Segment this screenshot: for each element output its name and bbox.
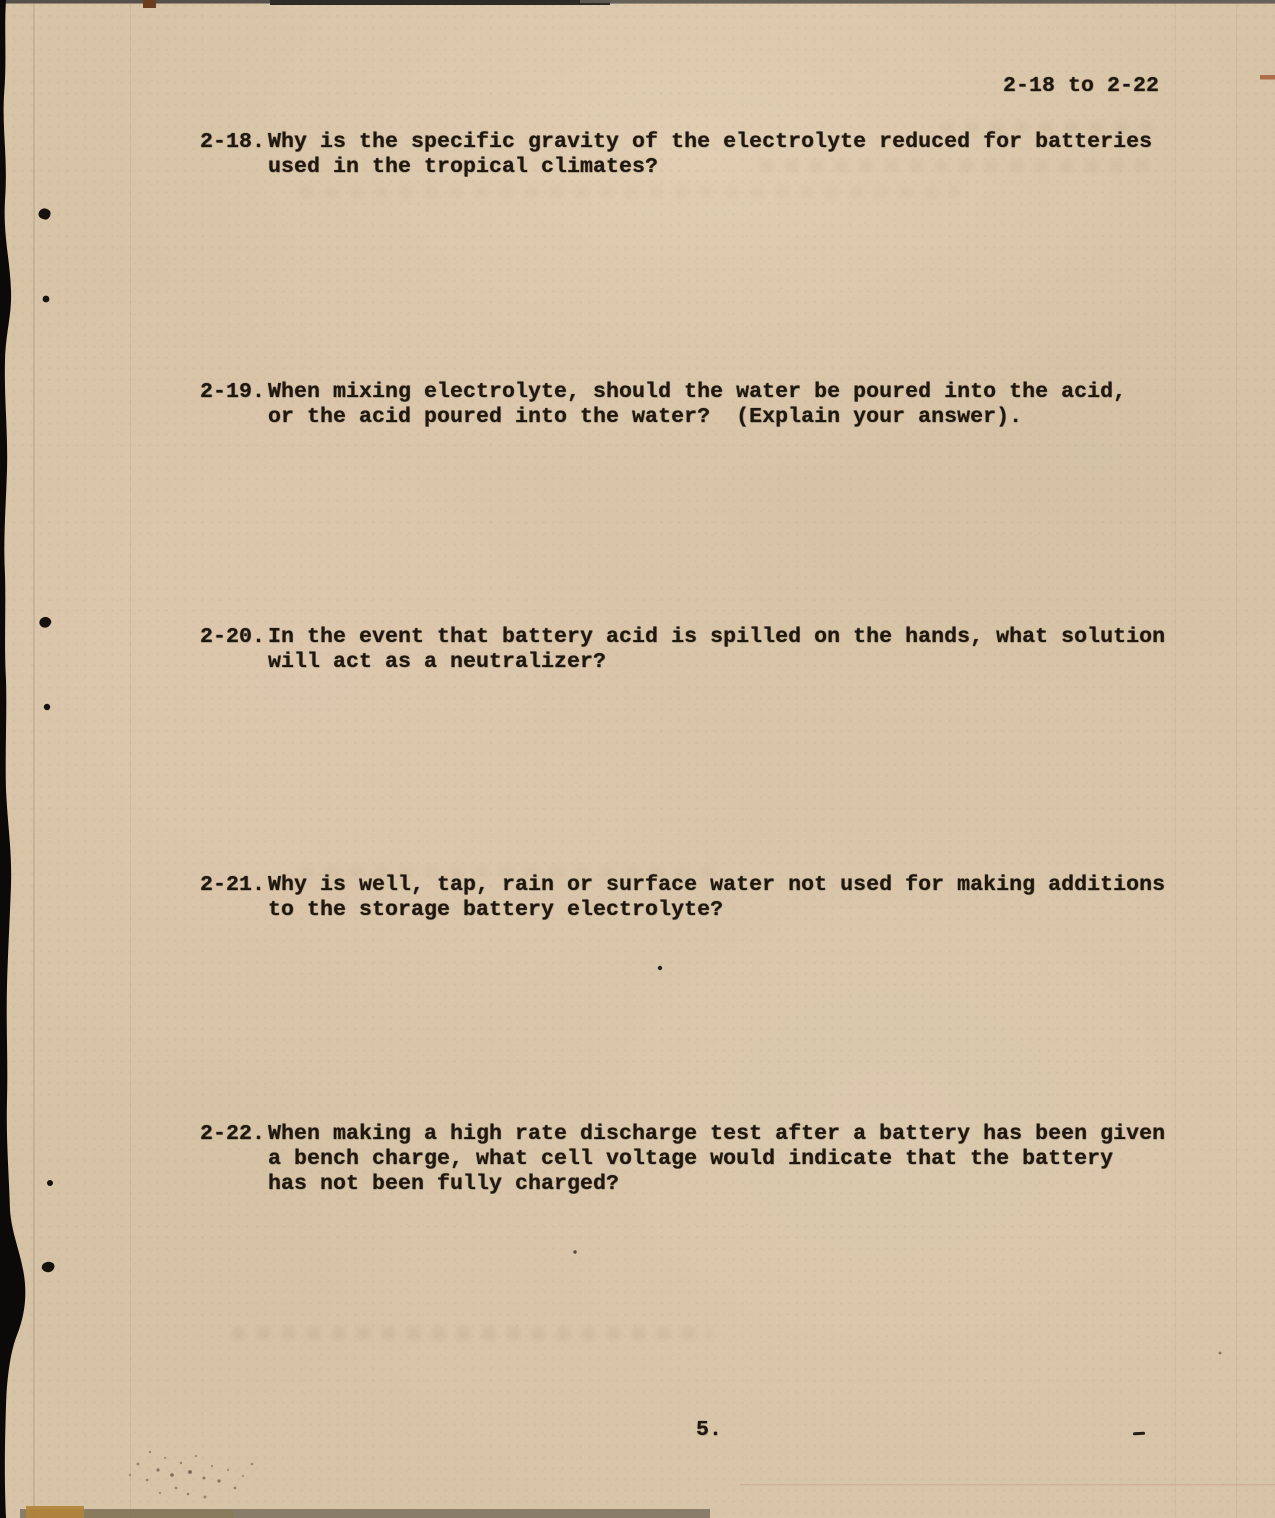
question-line: When making a high rate discharge test a… <box>268 1122 1165 1147</box>
question-2-22: 2-22. When making a high rate discharge … <box>200 1122 1165 1197</box>
paper-crease <box>1236 0 1237 1518</box>
question-line: In the event that battery acid is spille… <box>268 625 1165 650</box>
question-number: 2-19. <box>200 380 268 405</box>
margin-ink-specks <box>39 208 55 1272</box>
bottom-edge-shadow <box>20 1484 1275 1518</box>
question-number: 2-18. <box>200 130 268 155</box>
paper-crease <box>130 0 131 1518</box>
paper-crease <box>1175 0 1176 1518</box>
question-line: a bench charge, what cell voltage would … <box>268 1147 1165 1172</box>
question-2-21: 2-21. Why is well, tap, rain or surface … <box>200 873 1165 923</box>
paper-grain-texture <box>0 0 1275 1518</box>
scanned-document-page: 2-18 to 2-22 2-18. Why is the specific g… <box>0 0 1275 1518</box>
question-line: When mixing electrolyte, should the wate… <box>268 380 1126 405</box>
question-line: will act as a neutralizer? <box>268 650 1165 675</box>
question-line: Why is the specific gravity of the elect… <box>268 130 1152 155</box>
question-number: 2-22. <box>200 1122 268 1147</box>
bleedthrough-smudge <box>232 1327 712 1340</box>
question-text: When mixing electrolyte, should the wate… <box>268 380 1126 430</box>
red-edge-mark <box>1260 75 1275 80</box>
question-2-18: 2-18. Why is the specific gravity of the… <box>200 130 1152 180</box>
question-text: In the event that battery acid is spille… <box>268 625 1165 675</box>
question-line: or the acid poured into the water? (Expl… <box>268 405 1126 430</box>
question-line: Why is well, tap, rain or surface water … <box>268 873 1165 898</box>
top-edge-shadow <box>0 0 1275 8</box>
question-text: Why is the specific gravity of the elect… <box>268 130 1152 180</box>
paper-crease <box>33 0 35 1518</box>
question-text: Why is well, tap, rain or surface water … <box>268 873 1165 923</box>
question-number: 2-20. <box>200 625 268 650</box>
left-edge-shadow <box>0 0 25 1518</box>
question-line: used in the tropical climates? <box>268 155 1152 180</box>
speck-cluster <box>129 1451 254 1499</box>
question-2-20: 2-20. In the event that battery acid is … <box>200 625 1165 675</box>
question-line: has not been fully charged? <box>268 1172 1165 1197</box>
bleedthrough-smudge <box>300 186 960 198</box>
question-2-19: 2-19. When mixing electrolyte, should th… <box>200 380 1126 430</box>
question-line: to the storage battery electrolyte? <box>268 898 1165 923</box>
page-range-header: 2-18 to 2-22 <box>1003 74 1159 98</box>
page-number: 5. <box>696 1418 722 1442</box>
question-text: When making a high rate discharge test a… <box>268 1122 1165 1197</box>
question-number: 2-21. <box>200 873 268 898</box>
scan-artifacts <box>0 0 1275 1518</box>
stray-ink-specks <box>573 966 1221 1436</box>
